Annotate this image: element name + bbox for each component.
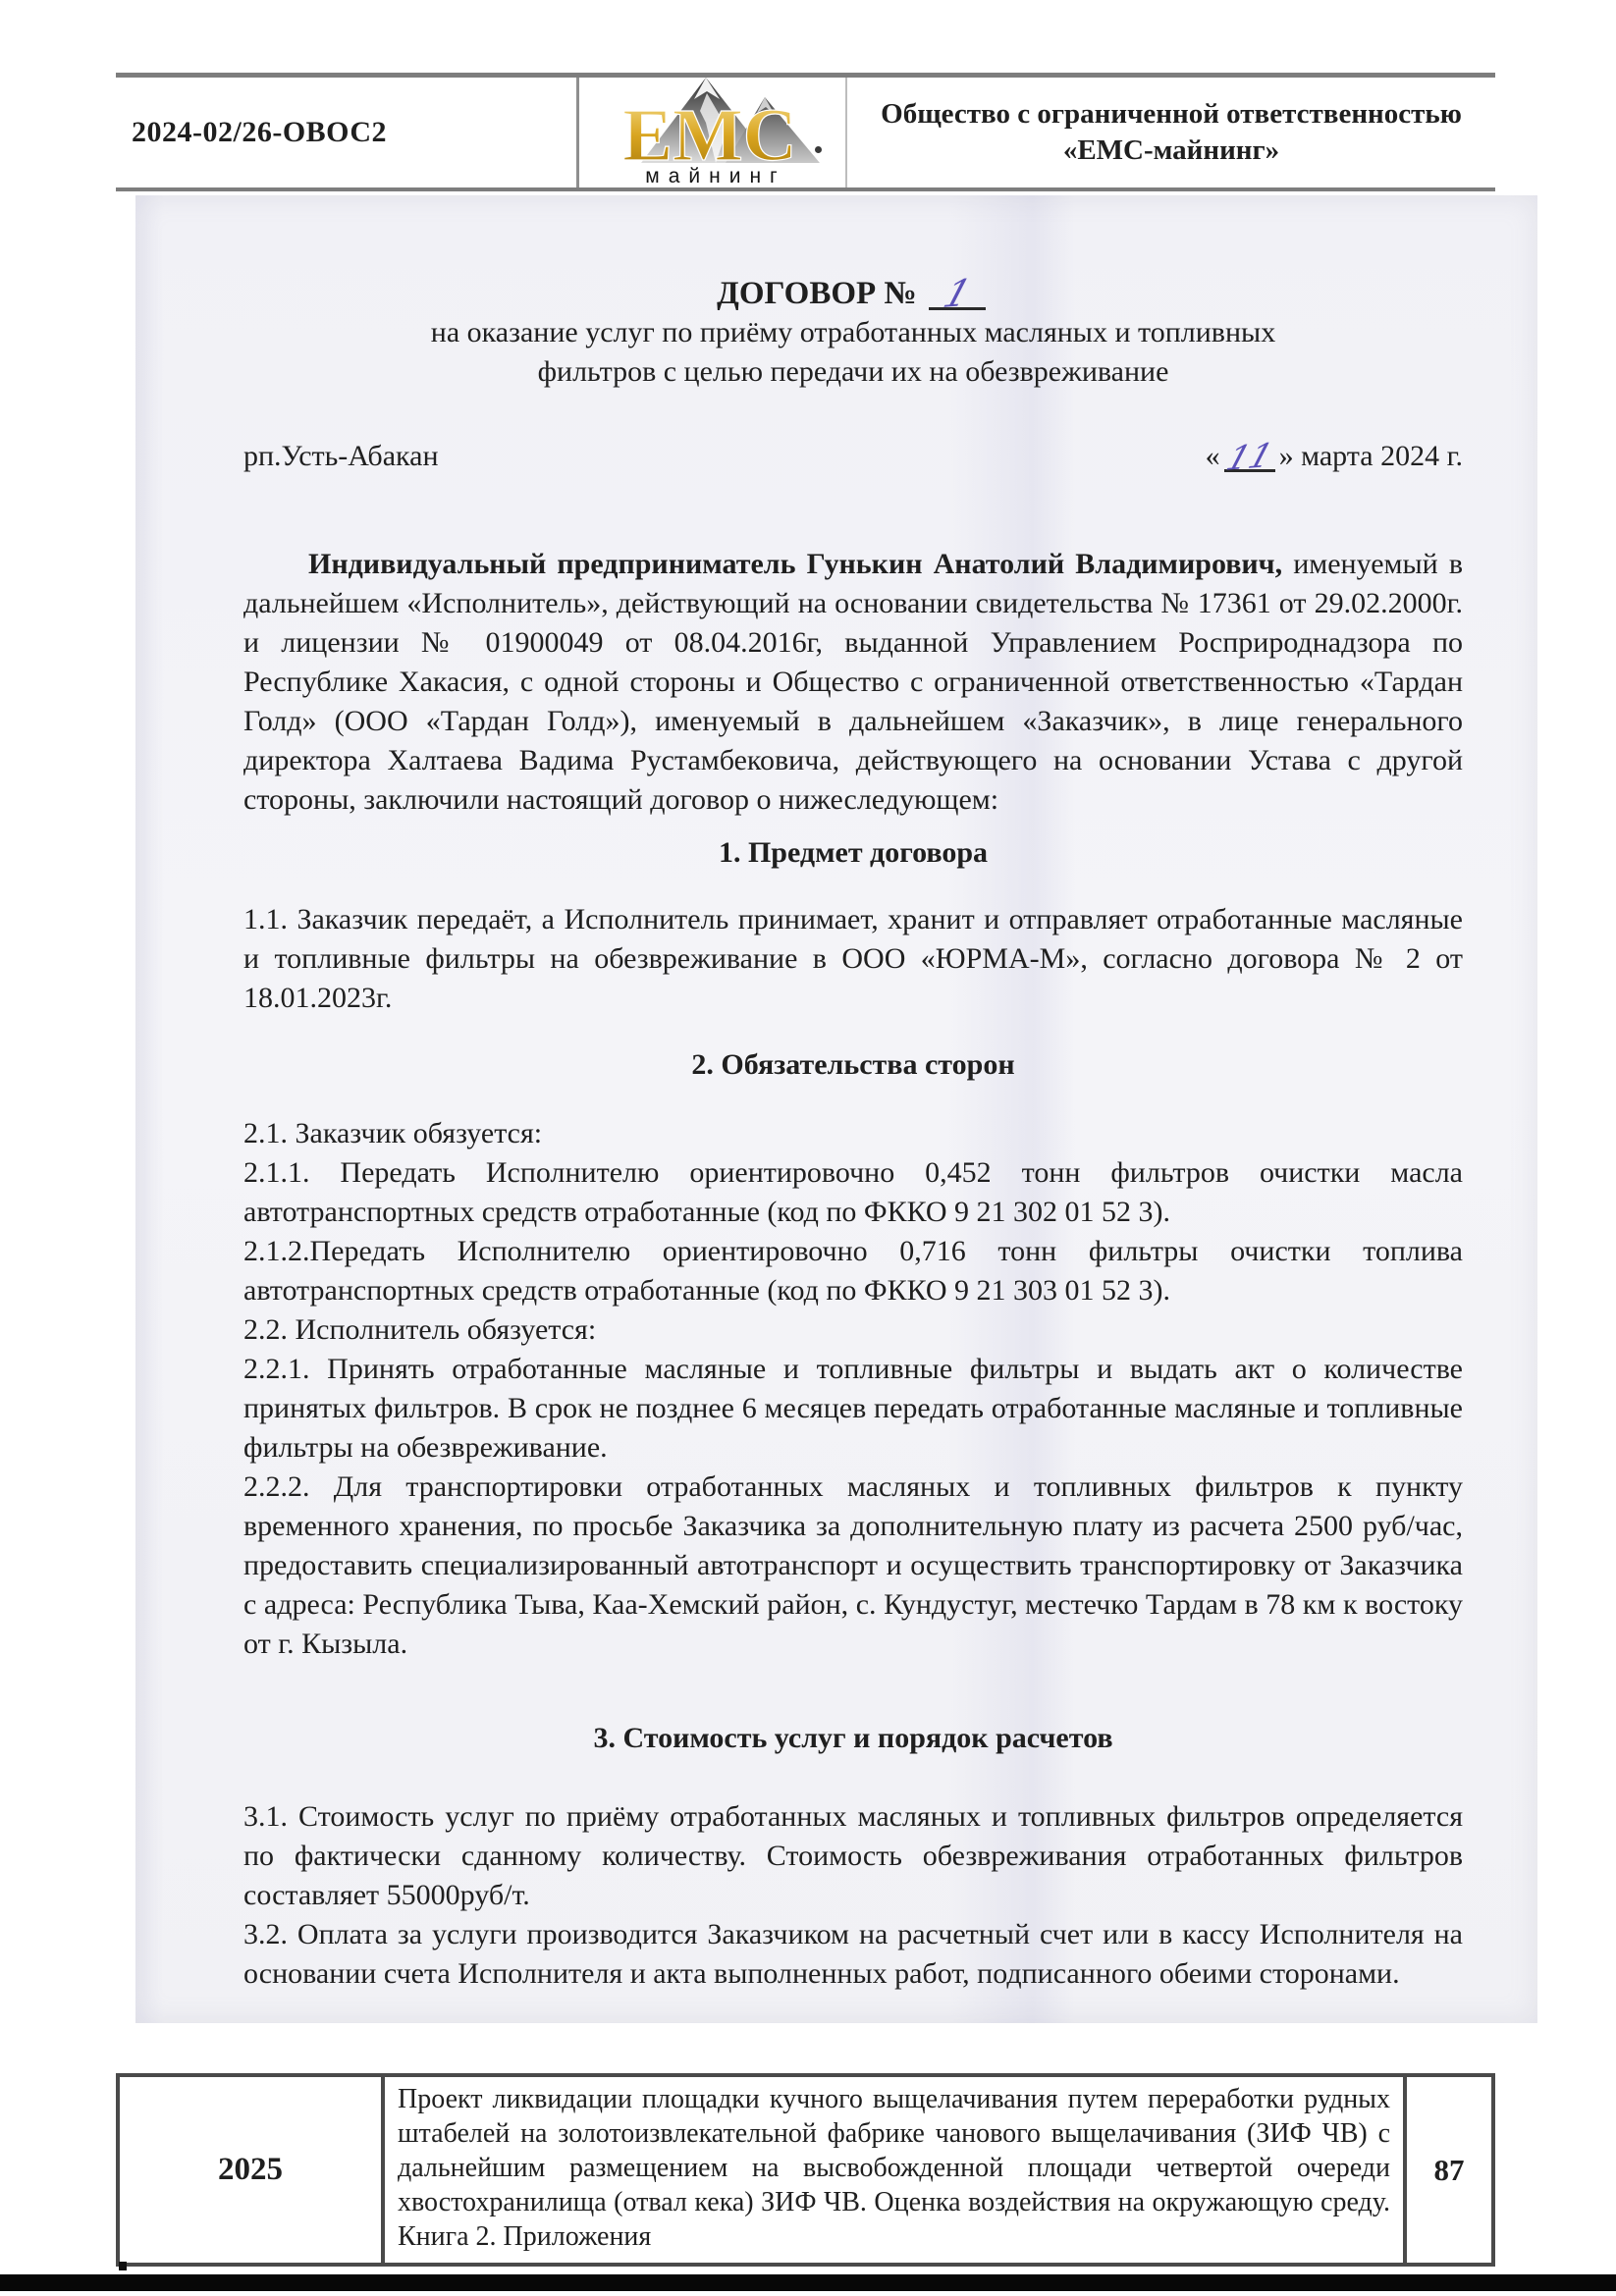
contract-number-slot: 1 bbox=[929, 275, 986, 310]
footer-project-description: Проект ликвидации площадки кучного выщел… bbox=[385, 2077, 1407, 2263]
scan-speck bbox=[815, 146, 822, 153]
clause-2-1: 2.1. Заказчик обязуется: bbox=[243, 1114, 1463, 1153]
clause-3-1: 3.1. Стоимость услуг по приёму отработан… bbox=[243, 1797, 1463, 1915]
clause-2-2: 2.2. Исполнитель обязуется: bbox=[243, 1310, 1463, 1350]
header-title-block: 2024-02/26-ОВОС2 bbox=[116, 73, 1495, 191]
date-open-quote: « bbox=[1206, 440, 1220, 472]
place-label: рп.Усть-Абакан bbox=[243, 437, 439, 476]
company-name-line2: «ЕМС-майнинг» bbox=[1063, 133, 1279, 169]
intro-bold-part: Индивидуальный предприниматель Гунькин А… bbox=[308, 548, 1282, 580]
contract-subtitle-line1: на оказание услуг по приёму отработанных… bbox=[243, 313, 1463, 352]
clause-3-2: 3.2. Оплата за услуги производится Заказ… bbox=[243, 1915, 1463, 1994]
clause-2-1-2: 2.1.2.Передать Исполнителю ориентировочн… bbox=[243, 1232, 1463, 1310]
logo-subtext: майнинг bbox=[645, 165, 785, 187]
company-name-line1: Общество с ограниченной ответственностью bbox=[881, 96, 1462, 133]
footer-stamp: 2025 Проект ликвидации площадки кучного … bbox=[116, 2073, 1495, 2267]
place-date-row: рп.Усть-Абакан «11» марта 2024 г. bbox=[243, 437, 1463, 476]
contract-subtitle-line2: фильтров с целью передачи их на обезвреж… bbox=[243, 352, 1463, 392]
contract-title-text: ДОГОВОР № bbox=[717, 276, 916, 311]
emc-logo-graphic: ЕМС майнинг bbox=[590, 78, 835, 187]
intro-paragraph: Индивидуальный предприниматель Гунькин А… bbox=[243, 545, 1463, 820]
page-number: 87 bbox=[1407, 2077, 1491, 2263]
clause-1-1: 1.1. Заказчик передаёт, а Исполнитель пр… bbox=[243, 900, 1463, 1018]
contract-title: ДОГОВОР № 1 bbox=[243, 195, 1463, 313]
contract-body: ДОГОВОР № 1 на оказание услуг по приёму … bbox=[243, 195, 1463, 1994]
scanned-contract-page: ДОГОВОР № 1 на оказание услуг по приёму … bbox=[135, 195, 1537, 2023]
handwritten-date-day: 11 bbox=[1223, 442, 1276, 474]
clause-2-2-1: 2.2.1. Принять отработанные масляные и т… bbox=[243, 1350, 1463, 1468]
section-3-heading: 3. Стоимость услуг и порядок расчетов bbox=[243, 1719, 1463, 1758]
footer-year: 2025 bbox=[120, 2077, 385, 2263]
handwritten-contract-number: 1 bbox=[940, 277, 974, 310]
company-name: Общество с ограниченной ответственностью… bbox=[847, 78, 1495, 187]
section-2-heading: 2. Обязательства сторон bbox=[243, 1045, 1463, 1085]
emc-logo: ЕМС майнинг bbox=[579, 78, 847, 187]
date-day-slot: 11 bbox=[1224, 441, 1275, 472]
document-code: 2024-02/26-ОВОС2 bbox=[116, 78, 579, 187]
clause-2-2-2: 2.2.2. Для транспортировки отработанных … bbox=[243, 1468, 1463, 1664]
scan-bottom-edge bbox=[0, 2274, 1616, 2291]
intro-regular-part: именуемый в дальнейшем «Исполнитель», де… bbox=[243, 548, 1463, 816]
clause-2-1-1: 2.1.1. Передать Исполнителю ориентировоч… bbox=[243, 1153, 1463, 1232]
scan-corner-mark bbox=[119, 2262, 127, 2270]
date-label: «11» марта 2024 г. bbox=[1206, 437, 1463, 476]
date-close-text: » марта 2024 г. bbox=[1279, 440, 1463, 472]
section-1-heading: 1. Предмет договора bbox=[243, 833, 1463, 873]
